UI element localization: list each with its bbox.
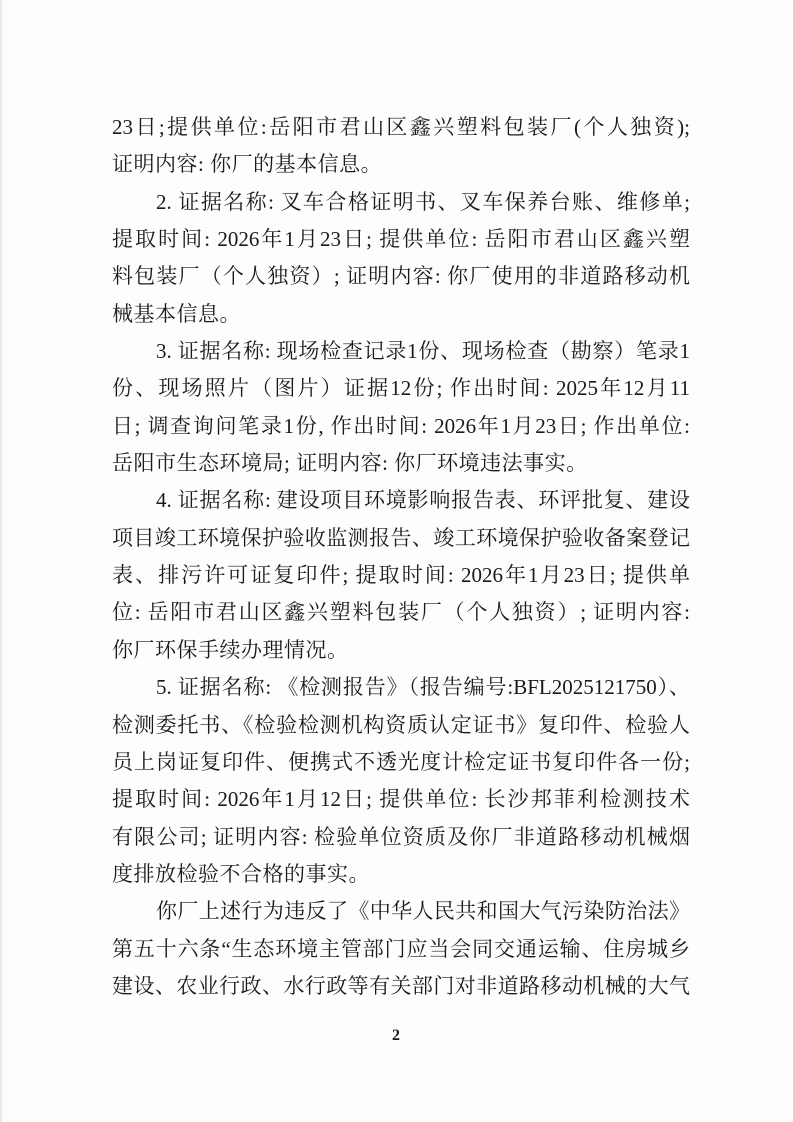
text-line: 提取时间: 2026年1月12日; 提供单位: 长沙邦菲利检测技术 <box>112 781 690 818</box>
text-line: 份、现场照片（图片）证据12份; 作出时间: 2025年12月11 <box>112 370 690 407</box>
text-line: 证明内容: 你厂的基本信息。 <box>112 146 690 183</box>
document-body: 23日;提供单位:岳阳市君山区鑫兴塑料包装厂(个人独资);证明内容: 你厂的基本… <box>112 109 690 1005</box>
text-line: 度排放检验不合格的事实。 <box>112 856 690 893</box>
page-number: 2 <box>0 1026 793 1046</box>
text-line: 检测委托书、《检验检测机构资质认定证书》复印件、检验人 <box>112 707 690 744</box>
text-line: 第五十六条“生态环境主管部门应当会同交通运输、住房城乡 <box>112 931 690 968</box>
text-line: 员上岗证复印件、便携式不透光度计检定证书复印件各一份; <box>112 744 690 781</box>
text-line: 4. 证据名称: 建设项目环境影响报告表、环评批复、建设 <box>112 482 690 519</box>
text-line: 23日;提供单位:岳阳市君山区鑫兴塑料包装厂(个人独资); <box>112 109 690 146</box>
text-line: 3. 证据名称: 现场检查记录1份、现场检查（勘察）笔录1 <box>112 333 690 370</box>
text-line: 建设、农业行政、水行政等有关部门对非道路移动机械的大气 <box>112 968 690 1005</box>
text-line: 岳阳市生态环境局; 证明内容: 你厂环境违法事实。 <box>112 445 690 482</box>
text-line: 项目竣工环境保护验收监测报告、竣工环境保护验收备案登记 <box>112 520 690 557</box>
text-line: 有限公司; 证明内容: 检验单位资质及你厂非道路移动机械烟 <box>112 819 690 856</box>
scan-edge-line <box>0 0 2 1122</box>
text-line: 位: 岳阳市君山区鑫兴塑料包装厂（个人独资）; 证明内容: <box>112 594 690 631</box>
text-line: 你厂上述行为违反了《中华人民共和国大气污染防治法》 <box>112 893 690 930</box>
scanned-document-page: 23日;提供单位:岳阳市君山区鑫兴塑料包装厂(个人独资);证明内容: 你厂的基本… <box>0 0 793 1122</box>
text-line: 日; 调查询问笔录1份, 作出时间: 2026年1月23日; 作出单位: <box>112 408 690 445</box>
text-line: 2. 证据名称: 叉车合格证明书、叉车保养台账、维修单; <box>112 184 690 221</box>
text-line: 械基本信息。 <box>112 296 690 333</box>
text-line: 料包装厂（个人独资）; 证明内容: 你厂使用的非道路移动机 <box>112 258 690 295</box>
text-line: 提取时间: 2026年1月23日; 提供单位: 岳阳市君山区鑫兴塑 <box>112 221 690 258</box>
text-line: 表、排污许可证复印件; 提取时间: 2026年1月23日; 提供单 <box>112 557 690 594</box>
text-line: 5. 证据名称: 《检测报告》（报告编号:BFL2025121750）、 <box>112 669 690 706</box>
text-line: 你厂环保手续办理情况。 <box>112 632 690 669</box>
